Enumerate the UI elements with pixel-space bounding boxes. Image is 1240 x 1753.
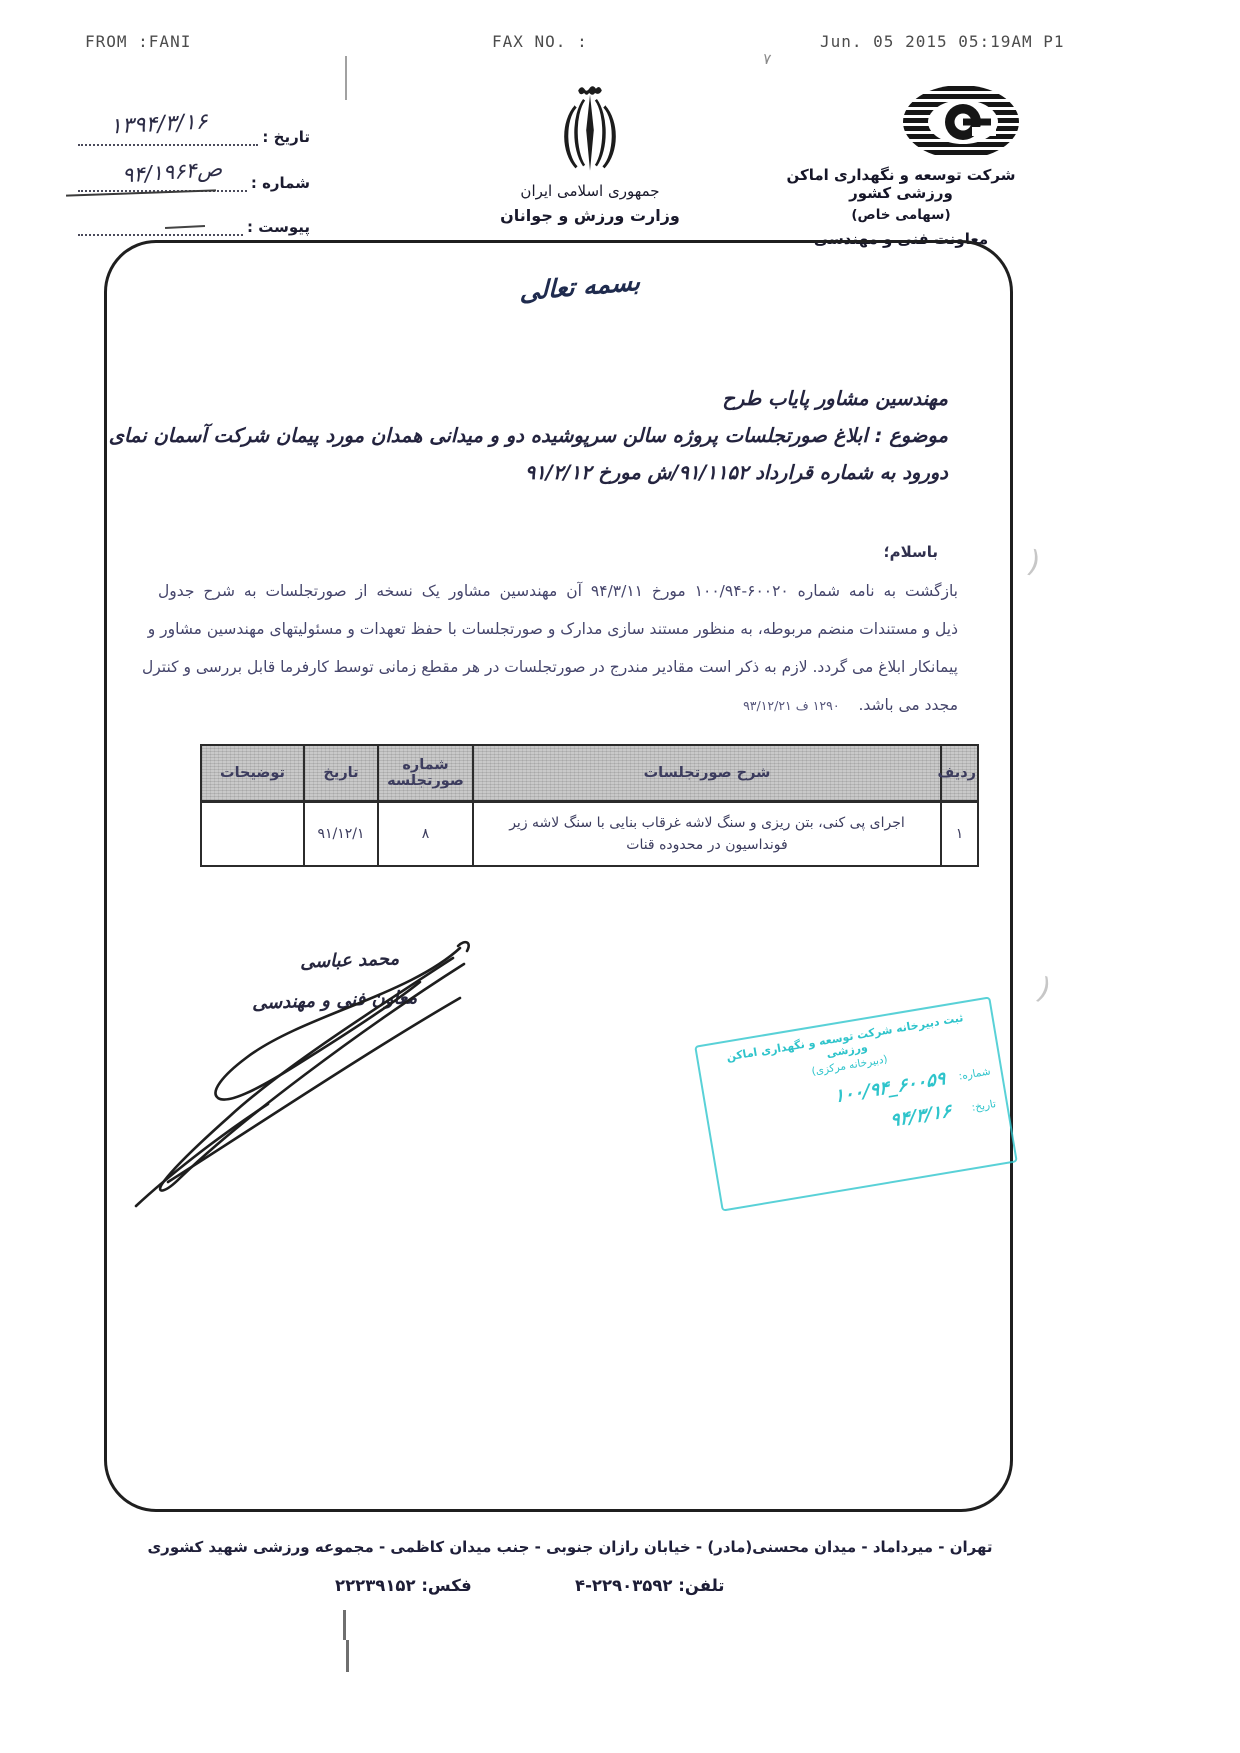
- scan-artifact: ): [1032, 971, 1055, 1008]
- signature-scribble: [108, 918, 538, 1218]
- letter-body: بازگشت به نامه شماره ⁦۱۰۰/۹۴-۶۰۰۲۰⁩ مورخ…: [158, 572, 958, 724]
- subject-line-1: موضوع : ابلاغ صورتجلسات پروژه سالن سرپوش…: [163, 417, 948, 454]
- stamp-date-label: تاریخ:: [949, 1097, 996, 1116]
- company-logo-icon: [900, 82, 1022, 162]
- scan-artifact: ): [1024, 544, 1044, 581]
- subject-line-2: دورود به شماره قرارداد ۹۱/۱۱۵۲/ش مورخ ۹۱…: [163, 454, 948, 491]
- form-reference-code: ۱۲۹۰ ف ۹۳/۱۲/۲۱: [743, 698, 839, 713]
- date-label: تاریخ :: [262, 128, 310, 146]
- body-line-4-text: مجدد می باشد.: [858, 696, 958, 714]
- country-name: جمهوری اسلامی ایران: [460, 182, 720, 200]
- stamp-date-value: ۹۴/۳/۱۶: [890, 1100, 951, 1131]
- scan-artifact: [345, 56, 347, 100]
- col-remarks: توضیحات: [201, 745, 304, 802]
- salutation: باسلام؛: [163, 543, 938, 561]
- letterhead-right: شرکت توسعه و نگهداری اماکن ورزشی کشور (س…: [756, 166, 1046, 248]
- fax-number-label: FAX NO. :: [492, 32, 588, 51]
- footer-address: تهران - میرداماد - میدان محسنی(مادر) - خ…: [130, 1538, 1010, 1556]
- col-minutes-number: شماره صورتجلسه: [378, 745, 473, 802]
- cell-description: اجرای پی کنی، بتن ریزی و سنگ لاشه غرقاب …: [473, 802, 941, 867]
- footer-fax: فکس: ۲۲۲۳۹۱۵۲: [335, 1576, 472, 1595]
- body-line-2: ذیل و مستندات منضم مربوطه، به منظور مستن…: [158, 610, 958, 648]
- body-line-3: پیمانکار ابلاغ می گردد. لازم به ذکر است …: [158, 648, 958, 686]
- minutes-table-wrap: ردیف شرح صورتجلسات شماره صورتجلسه تاریخ …: [200, 744, 979, 867]
- letterhead-center: جمهوری اسلامی ایران وزارت ورزش و جوانان: [460, 182, 720, 225]
- date-handwritten-value: ۱۳۹۴/۳/۱۶: [109, 109, 208, 139]
- body-line-1: بازگشت به نامه شماره ⁦۱۰۰/۹۴-۶۰۰۲۰⁩ مورخ…: [158, 572, 958, 610]
- pen-mark: ٧: [762, 50, 772, 69]
- stamp-number-label: شماره:: [944, 1065, 991, 1084]
- table-header-row: ردیف شرح صورتجلسات شماره صورتجلسه تاریخ …: [201, 745, 978, 802]
- col-description: شرح صورتجلسات: [473, 745, 941, 802]
- letter-heading: مهندسین مشاور پایاب طرح موضوع : ابلاغ صو…: [163, 380, 948, 491]
- attachment-label: پیوست :: [247, 218, 310, 236]
- attachment-dotted-line: [78, 220, 243, 236]
- scan-artifact: [343, 1610, 346, 1640]
- table-row: ۱ اجرای پی کنی، بتن ریزی و سنگ لاشه غرقا…: [201, 802, 978, 867]
- cell-row-number: ۱: [941, 802, 978, 867]
- recipient-line: مهندسین مشاور پایاب طرح: [163, 380, 948, 417]
- cell-date: ۹۱/۱۲/۱: [304, 802, 378, 867]
- fax-timestamp: Jun. 05 2015 05:19AM P1: [820, 32, 1065, 51]
- col-date: تاریخ: [304, 745, 378, 802]
- col-row-number: ردیف: [941, 745, 978, 802]
- company-name: شرکت توسعه و نگهداری اماکن ورزشی کشور: [756, 166, 1046, 202]
- fax-page: FROM :FANI FAX NO. : Jun. 05 2015 05:19A…: [0, 0, 1240, 1753]
- company-share-type: (سهامی خاص): [756, 207, 1046, 223]
- fax-from: FROM :FANI: [85, 32, 191, 51]
- ministry-name: وزارت ورزش و جوانان: [460, 206, 720, 225]
- cell-remarks: [201, 802, 304, 867]
- cell-minutes-number: ۸: [378, 802, 473, 867]
- body-line-4: مجدد می باشد. ۱۲۹۰ ف ۹۳/۱۲/۲۱: [158, 686, 958, 724]
- footer-phone: تلفن: ⁦۴-۲۲۹۰۳۵۹۲⁩: [575, 1576, 725, 1595]
- stamp-number-value: ⁦۱۰۰/۹۴_۶۰۰۵۹⁩: [834, 1068, 945, 1108]
- minutes-table: ردیف شرح صورتجلسات شماره صورتجلسه تاریخ …: [200, 744, 979, 867]
- iran-emblem-icon: [552, 84, 628, 178]
- number-label: شماره :: [251, 174, 310, 192]
- scan-artifact: [346, 1640, 349, 1672]
